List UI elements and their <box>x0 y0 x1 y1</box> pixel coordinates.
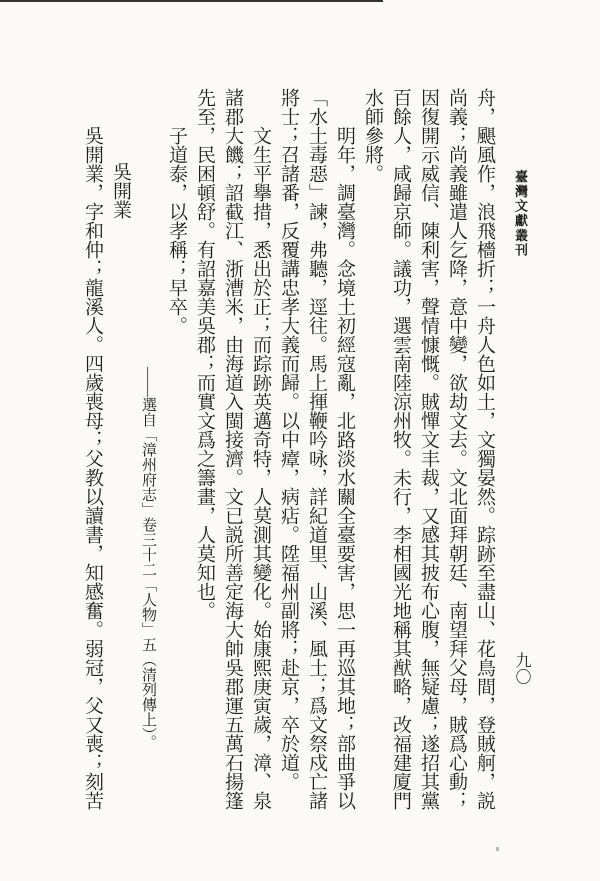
page-number: 九〇 <box>510 652 533 685</box>
scanned-page: 臺灣文獻叢刊 九〇 舟，颶風作，浪飛檣折；一舟人色如土，文獨晏然。踪跡至盡山、花… <box>0 0 600 881</box>
article-body: 舟，颶風作，浪飛檣折；一舟人色如土，文獨晏然。踪跡至盡山、花鳥間，登賊舸，説 尚… <box>48 88 498 812</box>
paragraph: 明年，調臺灣。念境土初經寇亂，北路淡水關全臺要害，思一再巡其地；部曲爭以 「水土… <box>274 88 358 812</box>
paragraph: 子道泰，以孝稱；早卒。 <box>162 88 190 812</box>
paragraph: 吳開業，字和仲；龍溪人。四歲喪母；父教以讀書，知感奮。弱冠，父又喪；刻苦 <box>78 88 106 812</box>
running-head-title: 臺灣文獻叢刊 <box>511 170 530 258</box>
paragraph: 文生平擧措，悉出於正；而踪跡英邁奇特，人莫測其變化。始康熙庚寅歲，漳、泉 諸郡大… <box>190 88 274 812</box>
paragraph-continuation: 舟，颶風作，浪飛檣折；一舟人色如土，文獨晏然。踪跡至盡山、花鳥間，登賊舸，説 尚… <box>358 88 498 812</box>
source-attribution: ——選自「漳州府志」卷三十二「人物」五（清列傳上）。 <box>134 88 162 812</box>
section-heading: 吳開業 <box>106 88 134 812</box>
scan-speck <box>496 847 499 851</box>
scan-edge-mark <box>0 0 383 2</box>
